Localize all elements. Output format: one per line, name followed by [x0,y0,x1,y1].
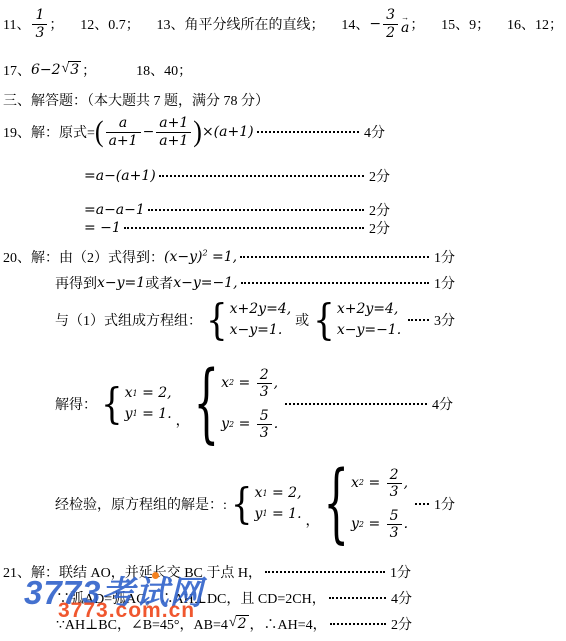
answer-item-12: 12、0.7； [80,14,140,34]
answer-17-expression: 6−2 [31,62,61,78]
p20-line-3: 与（1）式组成方程组： { x+2y=4, x−y=1. 或 { x+2y=4,… [55,294,455,346]
fraction-one-third: 1 3 [32,7,47,40]
p20-line4-pre: 解得： [55,394,97,414]
p19-step-4: = −1 [84,220,121,236]
answer-14-label: 14、 [341,14,369,34]
radicand: 2 [236,615,249,632]
vector-variable: a [401,21,409,35]
value: = 1. [138,406,172,423]
p20-line-5: 经检验，原方程组的解是：: { x1 = 2, y1 = 1. ， { x2 =… [55,454,455,554]
minus-sign: − [369,16,381,32]
equals: = [234,375,255,392]
solution-x1: x1 = 2, [255,485,302,502]
p20-line2-eq1: x−y=1 [97,275,145,291]
fraction-numerator: 5 [390,508,399,524]
var: x [221,375,229,392]
system-rows: x1 = 2, y1 = 1. [255,485,302,523]
fraction-numerator: a+1 [159,115,188,131]
left-brace-icon: { [231,483,253,526]
dot-leader [329,597,386,599]
score-label: 2分 [391,614,412,634]
solution-y2: y2 = 53. [351,508,408,541]
tail: . [274,416,278,433]
eq-base: (x−y) [164,249,202,265]
fraction-denominator: a+1 [156,132,191,149]
watermark-site-url: 3773.com.cn [58,599,195,623]
score-label: 4分 [364,122,385,142]
fraction-numerator: 3 [386,7,395,23]
dot-leader [159,175,364,177]
p20-line2-or: 或者 [145,273,173,293]
p20-line-1: 20、解：由（2）式得到： (x−y)2 =1, 1分 [3,246,455,268]
answer-item-18: 18、40； [136,60,192,80]
solution-y1: y1 = 1. [255,506,302,523]
var: x [351,475,359,492]
p19-step-2: =a−(a+1) [84,168,156,184]
dot-leader [265,571,385,573]
system-row: x+2y=4, [230,301,292,318]
value: = 2, [138,385,172,402]
solution-system-2: { x2 = 23, y2 = 53. [194,367,278,441]
system-rows: x2 = 23, y2 = 53. [351,467,408,541]
p20-line3-pre: 与（1）式组成方程组： [55,310,202,330]
fraction-numerator: 1 [35,7,44,23]
solution-system-2: { x2 = 23, y2 = 53. [324,467,408,541]
dot-leader [330,623,386,625]
fraction-denominator: 3 [257,424,272,441]
left-brace-icon: { [194,361,219,447]
score-label: 1分 [434,273,455,293]
var: y [255,506,263,523]
solution-x2: x2 = 23, [221,367,278,400]
tail: , [404,475,408,492]
p20-line5-pre: 经检验，原方程组的解是：: [55,494,227,514]
left-brace-icon: { [206,299,228,342]
answer-item-17: 17、 6−2 √ 3 ； [3,60,96,80]
dot-leader [257,131,359,133]
equals: = [364,475,385,492]
dot-leader [124,227,364,229]
equals: = [234,416,255,433]
fraction-five-thirds: 53 [257,408,272,441]
solution-x2: x2 = 23, [351,467,408,500]
comma: ， [176,410,190,430]
fraction-two-thirds: 23 [387,467,402,500]
solution-system-1: { x1 = 2, y1 = 1. [231,485,302,523]
answer-item-11: 11、 1 3 ； [3,7,63,40]
answers-row-2: 17、 6−2 √ 3 ； 18、40； [3,56,192,84]
tail: , [274,375,278,392]
vector-a: → a [401,14,409,35]
answer-item-13: 13、角平分线所在的直线； [157,14,325,34]
eq-rest: =1, [208,249,238,265]
p19-line-3: =a−a−1 2分 [84,200,390,220]
p20-line-2: 再得到 x−y=1 或者 x−y=−1, 1分 [55,272,455,294]
p20-line2-eq2: x−y=−1, [173,275,237,291]
answer-17-label: 17、 [3,60,31,80]
fraction-denominator: 3 [32,24,47,41]
score-label: 4分 [432,394,453,414]
var: y [125,406,133,423]
equation-system-2: { x+2y=4, x−y=−1. [313,301,401,339]
fraction-two-thirds: 23 [257,367,272,400]
solution-y2: y2 = 53. [221,408,278,441]
exam-answer-sheet: 11、 1 3 ； 12、0.7； 13、角平分线所在的直线； 14、 − 3 … [0,0,566,641]
dot-leader [408,319,429,321]
answer-11-semicolon: ； [49,14,63,34]
equation-system-1: { x+2y=4, x−y=1. [206,301,291,339]
answers-row-1: 11、 1 3 ； 12、0.7； 13、角平分线所在的直线； 14、 − 3 … [3,2,563,46]
solution-y1: y1 = 1. [125,406,172,423]
answer-item-15: 15、9； [441,14,490,34]
fraction-numerator: 2 [390,467,399,483]
score-label: 1分 [434,247,455,267]
score-label: 2分 [369,166,390,186]
var: y [221,416,229,433]
p20-eq1: (x−y)2 =1, [164,249,237,265]
dot-leader [241,282,429,284]
system-rows: x+2y=4, x−y=−1. [337,301,401,339]
fraction-denominator: 3 [387,524,402,541]
dot-leader [240,256,429,258]
score-label: 4分 [391,588,412,608]
p20-line2-pre: 再得到 [55,273,97,293]
system-row: x−y=−1. [337,322,401,339]
sqrt-3: √ 3 [62,61,82,78]
solution-x1: x1 = 2, [125,385,172,402]
watermark-accent-dot [152,572,159,579]
p19-line-4: = −1 2分 [84,218,390,238]
tail: . [404,516,408,533]
fraction-denominator: 3 [387,483,402,500]
score-label: 2分 [369,218,390,238]
p19-head: 19、解：原式= [3,122,95,142]
fraction-a-over-a1: a a+1 [106,115,141,148]
dot-leader [148,209,364,211]
answer-17-semicolon: ； [82,60,96,80]
left-brace-icon: { [313,299,335,342]
fraction-five-thirds: 53 [387,508,402,541]
p21-step-3-post: ，∴AH=4， [250,614,327,634]
system-row: x−y=1. [230,322,283,339]
answer-item-14: 14、 − 3 2 → a ； [341,7,424,40]
system-rows: x1 = 2, y1 = 1. [125,385,172,423]
var: y [351,516,359,533]
right-paren: ) [193,117,202,147]
sqrt-2: √ 2 [229,615,249,632]
radicand: 3 [68,61,81,78]
dot-leader [285,403,427,405]
score-label: 3分 [434,310,455,330]
value: = 2, [268,485,302,502]
answer-14-semicolon: ； [410,14,424,34]
fraction-three-halves: 3 2 [383,7,398,40]
comma: ， [306,510,320,530]
system-rows: x+2y=4, x−y=1. [230,301,292,339]
p20-line-4: 解得： { x1 = 2, y1 = 1. ， { x2 = 23, y2 = … [55,354,453,454]
fraction-numerator: 2 [260,367,269,383]
fraction-numerator: 5 [260,408,269,424]
fraction-denominator: 2 [383,24,398,41]
system-row: x+2y=4, [337,301,399,318]
p20-line3-or: 或 [295,310,309,330]
fraction-denominator: a+1 [106,132,141,149]
dot-leader [415,503,429,505]
system-rows: x2 = 23, y2 = 53. [221,367,278,441]
p19-line-2: =a−(a+1) 2分 [84,166,390,186]
fraction-a1-over-a1: a+1 a+1 [156,115,191,148]
equals: = [364,516,385,533]
solution-system-1: { x1 = 2, y1 = 1. [101,385,172,423]
answer-11-label: 11、 [3,14,30,34]
fraction-denominator: 3 [257,383,272,400]
var: x [125,385,133,402]
minus-sign: − [143,124,155,140]
p20-head: 20、解：由（2）式得到： [3,247,164,267]
p19-tail-expression: ×(a+1) [202,124,254,140]
score-label: 2分 [369,200,390,220]
left-paren: ( [95,117,104,147]
var: x [255,485,263,502]
left-brace-icon: { [324,461,349,547]
p19-step-3: =a−a−1 [84,202,145,218]
value: = 1. [268,506,302,523]
score-label: 1分 [390,562,411,582]
answer-item-16: 16、12； [507,14,563,34]
p19-line-1: 19、解：原式= ( a a+1 − a+1 a+1 ) ×(a+1) 4分 [3,106,385,158]
left-brace-icon: { [101,383,123,426]
fraction-numerator: a [119,115,127,131]
score-label: 1分 [434,494,455,514]
